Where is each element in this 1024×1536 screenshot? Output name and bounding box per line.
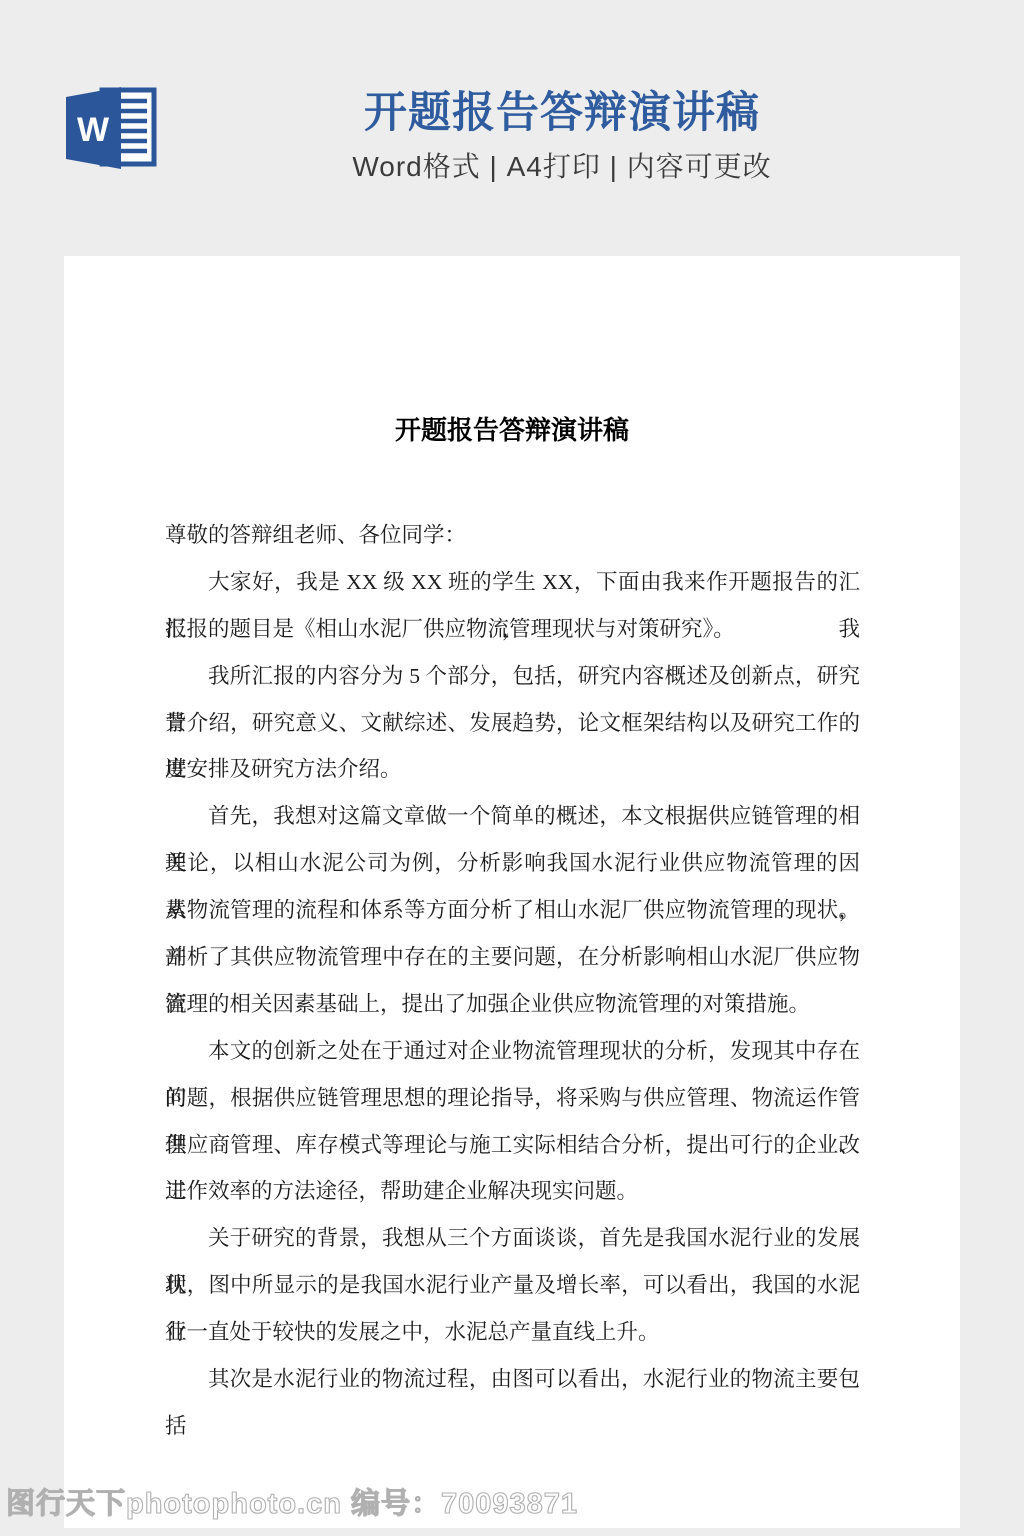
doc-line: 其次是水泥行业的物流过程，由图可以看出，水泥行业的物流主要包括 [165,1356,860,1403]
doc-line: 问题，根据供应链管理思想的理论指导，将采购与供应管理、物流运作管理、 [165,1075,860,1122]
doc-line: 工作效率的方法途径，帮助建企业解决现实问题。 [165,1168,860,1215]
doc-line: 业一直处于较快的发展之中，水泥总产量直线上升。 [165,1309,860,1356]
doc-line: 大家好，我是 XX 级 XX 班的学生 XX，下面由我来作开题报告的汇报，我 [165,559,860,606]
doc-line: 尊敬的答辩组老师、各位同学： [165,512,860,559]
doc-line: 理论，以相山水泥公司为例，分析影响我国水泥行业供应物流管理的因素。 [165,840,860,887]
template-title: 开题报告答辩演讲稿 [100,90,1024,136]
doc-line: 度安排及研究方法介绍。 [165,746,860,793]
doc-line: 从物流管理的流程和体系等方面分析了相山水泥厂供应物流管理的现状，并 [165,887,860,934]
doc-line: 供应商管理、库存模式等理论与施工实际相结合分析，提出可行的企业改进 [165,1122,860,1169]
doc-line: 状，图中所显示的是我国水泥行业产量及增长率，可以看出，我国的水泥行 [165,1262,860,1309]
doc-line: 关于研究的背景，我想从三个方面谈谈，首先是我国水泥行业的发展现 [165,1215,860,1262]
document-page: 开题报告答辩演讲稿 尊敬的答辩组老师、各位同学：大家好，我是 XX 级 XX 班… [64,256,960,1528]
preview-canvas: W 开题报告答辩演讲稿 Word格式 | A4打印 | 内容可更改 开题报告答辩… [0,0,1024,1536]
template-subtitle: Word格式 | A4打印 | 内容可更改 [100,152,1024,182]
doc-line: 本文的创新之处在于通过对企业物流管理现状的分析，发现其中存在的 [165,1028,860,1075]
doc-line: 管理的相关因素基础上，提出了加强企业供应物流管理的对策措施。 [165,981,860,1028]
document-body: 尊敬的答辩组老师、各位同学：大家好，我是 XX 级 XX 班的学生 XX，下面由… [165,512,860,1403]
doc-line: 景介绍，研究意义、文献综述、发展趋势，论文框架结构以及研究工作的进 [165,700,860,747]
doc-line: 我所汇报的内容分为 5 个部分，包括，研究内容概述及创新点，研究背 [165,653,860,700]
header-text-block: 开题报告答辩演讲稿 Word格式 | A4打印 | 内容可更改 [100,90,1024,182]
doc-line: 首先，我想对这篇文章做一个简单的概述，本文根据供应链管理的相关 [165,793,860,840]
document-title: 开题报告答辩演讲稿 [64,411,960,451]
doc-line: 剖析了其供应物流管理中存在的主要问题，在分析影响相山水泥厂供应物流 [165,934,860,981]
watermark: 图行天下photophoto.cn 编号：70093871 [6,1487,578,1521]
